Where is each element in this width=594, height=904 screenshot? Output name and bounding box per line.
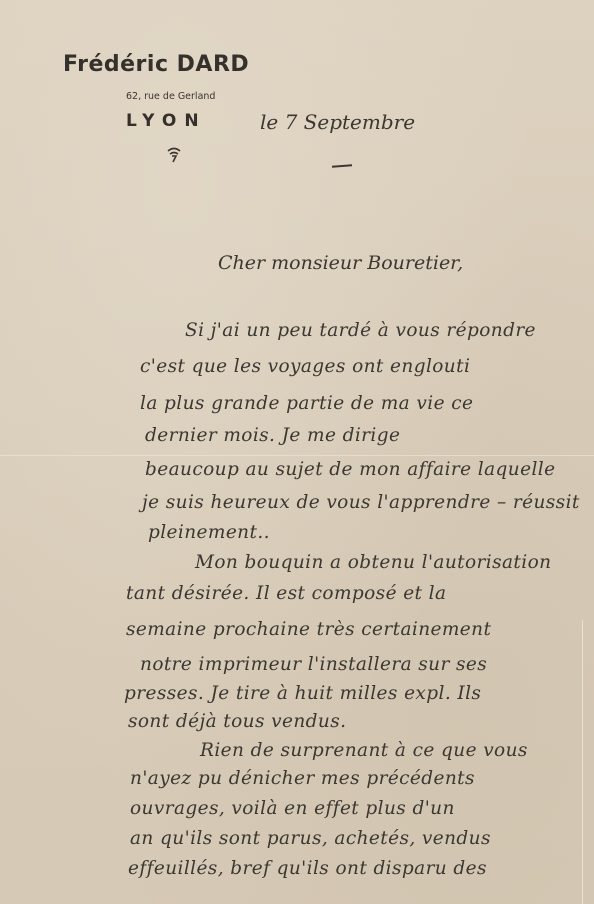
- body-line: semaine prochaine très certainement: [126, 619, 491, 640]
- letterhead-name: Frédéric DARD: [63, 52, 249, 77]
- body-line: sont déjà tous vendus.: [128, 711, 346, 732]
- body-line: n'ayez pu dénicher mes précédents: [130, 768, 475, 789]
- paper-fold-line: [0, 455, 594, 456]
- body-line: c'est que les voyages ont englouti: [140, 356, 470, 377]
- body-line: Si j'ai un peu tardé à vous répondre: [185, 320, 536, 341]
- salutation: Cher monsieur Bouretier,: [218, 252, 463, 274]
- letterhead-city: LYON: [126, 111, 207, 131]
- body-line: Rien de surprenant à ce que vous: [200, 740, 528, 761]
- body-line: presses. Je tire à huit milles expl. Ils: [124, 683, 481, 704]
- body-line: notre imprimeur l'installera sur ses: [140, 654, 487, 675]
- telephone-mark-icon: [166, 146, 182, 164]
- body-line: dernier mois. Je me dirige: [145, 425, 400, 446]
- letter-date: le 7 Septembre: [260, 110, 415, 134]
- body-line: effeuillés, bref qu'ils ont disparu des: [128, 858, 487, 879]
- letter-page: Frédéric DARD 62, rue de Gerland LYON le…: [0, 0, 594, 904]
- body-line: la plus grande partie de ma vie ce: [140, 393, 473, 414]
- paper-edge: [582, 620, 583, 904]
- letterhead-address: 62, rue de Gerland: [126, 91, 215, 102]
- body-line: tant désirée. Il est composé et la: [126, 583, 446, 604]
- body-line: Mon bouquin a obtenu l'autorisation: [195, 552, 551, 573]
- body-line: je suis heureux de vous l'apprendre – ré…: [142, 492, 580, 513]
- body-line: an qu'ils sont parus, achetés, vendus: [130, 828, 491, 849]
- body-line: pleinement..: [148, 522, 270, 543]
- body-line: beaucoup au sujet de mon affaire laquell…: [145, 459, 555, 480]
- separator-dash: [332, 164, 352, 167]
- body-line: ouvrages, voilà en effet plus d'un: [130, 798, 455, 819]
